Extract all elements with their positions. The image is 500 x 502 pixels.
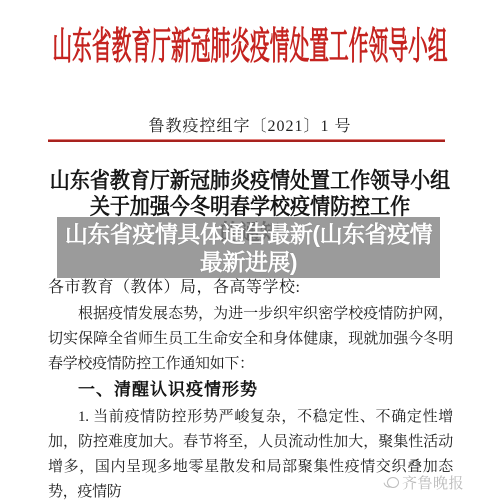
caption-overlay: 山东省疫情具体通告最新(山东省疫情 最新进展) [57, 217, 440, 278]
salutation: 各市教育（教体）局，各高等学校: [48, 277, 452, 299]
document-number: 鲁教疫控组字〔2021〕1 号 [0, 113, 500, 136]
watermark-label: 齐鲁晚报 [402, 472, 464, 493]
watermark: 齐鲁晚报 [384, 472, 464, 493]
document-page: 山东省教育厅新冠肺炎疫情处置工作领导小组 鲁教疫控组字〔2021〕1 号 山东省… [0, 0, 500, 502]
section-heading: 一、清醒认识疫情形势 [78, 378, 258, 402]
doc-title-line-1: 山东省教育厅新冠肺炎疫情处置工作领导小组 [0, 168, 500, 194]
caption-line-1: 山东省疫情具体通告最新(山东省疫情 [65, 220, 432, 248]
chat-bubble-icon [384, 476, 399, 489]
caption-line-2: 最新进展) [200, 248, 297, 276]
letterhead-title: 山东省教育厅新冠肺炎疫情处置工作领导小组 [52, 15, 447, 70]
letterhead: 山东省教育厅新冠肺炎疫情处置工作领导小组 [0, 16, 500, 68]
body-paragraph-1: 根据疫情发展态势，为进一步织牢织密学校疫情防护网，切实保障全省师生员工生命安全和… [48, 302, 453, 377]
letterhead-divider [48, 139, 445, 142]
